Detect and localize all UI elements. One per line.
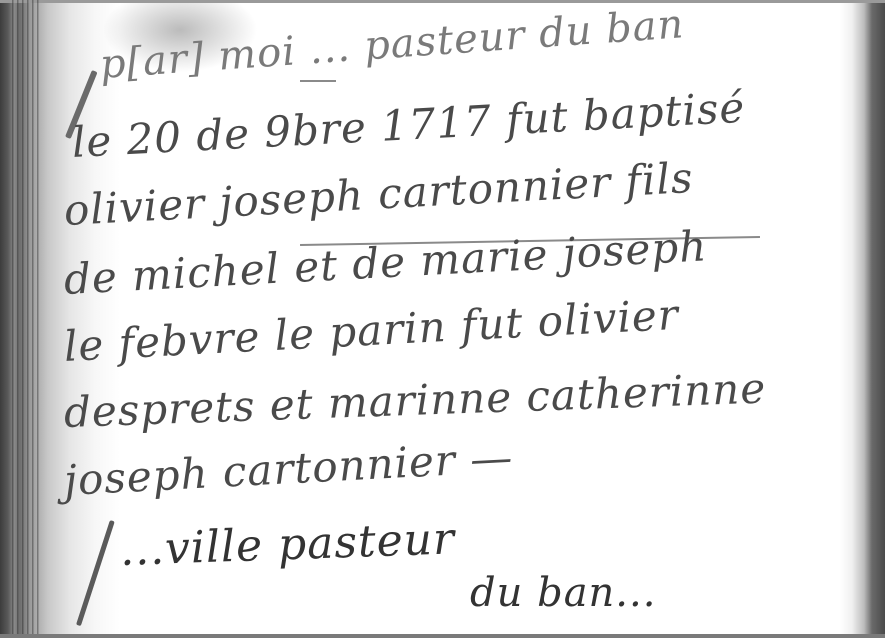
header-underline xyxy=(300,80,336,82)
entry-line-1: le 20 de 9bre 1717 fut baptisé xyxy=(71,83,747,167)
pen-stroke xyxy=(76,520,115,626)
manuscript-page: p[ar] moi ... pasteur du ban le 20 de 9b… xyxy=(0,0,885,638)
signature-line-2: du ban... xyxy=(470,570,656,616)
entry-line-2: olivier joseph cartonnier fils xyxy=(63,153,695,235)
book-binding xyxy=(12,0,42,638)
page-top-edge xyxy=(0,0,885,3)
entry-line-5: desprets et marinne catherinne xyxy=(63,363,767,436)
page-bottom-edge xyxy=(0,634,885,638)
entry-line-4: le febvre le parin fut olivier xyxy=(63,290,680,371)
entry-line-6: joseph cartonnier — xyxy=(63,433,515,505)
signature-line-1: ...ville pasteur xyxy=(119,513,456,576)
header-line: p[ar] moi ... pasteur du ban xyxy=(98,1,685,88)
entry-line-3: de michel et de marie joseph xyxy=(63,221,709,304)
